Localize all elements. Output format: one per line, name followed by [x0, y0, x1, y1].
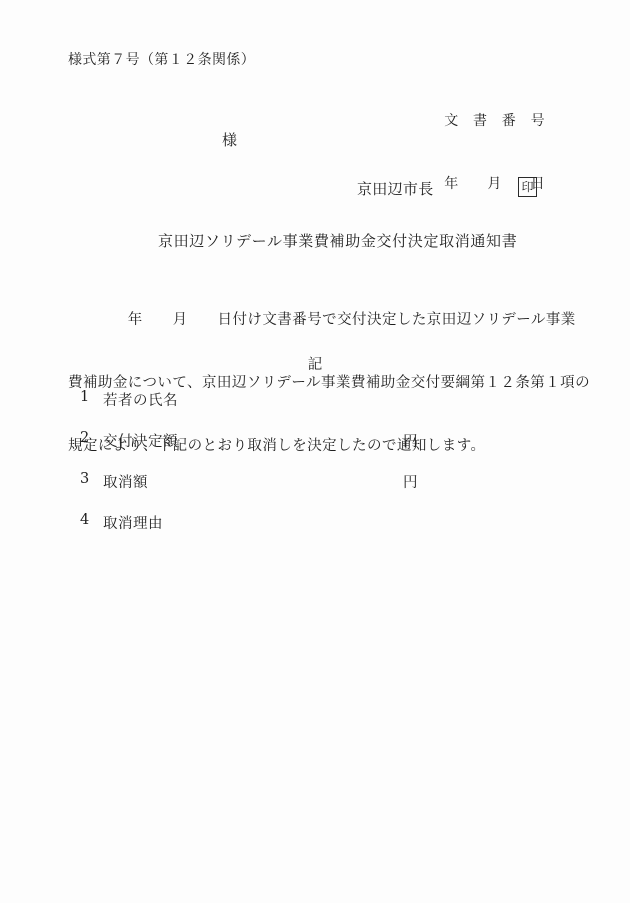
document-number-placeholder: 文 書 番 号 [444, 111, 545, 132]
list-item: 3 取消額 円 [0, 471, 630, 491]
list-item: 2 交付決定額 円 [0, 430, 630, 450]
item-unit: 円 [403, 471, 418, 492]
body-line-1: 年 月 日付け文書番号で交付決定した京田辺ソリデール事業 [68, 310, 568, 331]
official-seal-mark: 印 [518, 177, 537, 197]
sender-name: 京田辺市長 [357, 178, 434, 199]
document-header-block: 文 書 番 号 年 月 日 [444, 69, 545, 237]
addressee-honorific: 様 [222, 129, 237, 150]
item-label: 取消額 [103, 471, 148, 492]
item-number: 2 [80, 430, 89, 446]
item-label: 交付決定額 [103, 430, 178, 451]
item-number: 4 [80, 512, 89, 528]
item-number: 3 [80, 471, 89, 487]
notice-document-page: 様式第７号（第１２条関係） 文 書 番 号 年 月 日 様 京田辺市長 印 京田… [0, 0, 630, 903]
form-number-label: 様式第７号（第１２条関係） [68, 49, 255, 69]
note-marker: 記 [68, 353, 562, 374]
item-label: 若者の氏名 [103, 389, 178, 410]
list-item: 1 若者の氏名 [0, 389, 630, 409]
item-label: 取消理由 [103, 512, 163, 533]
body-paragraph: 年 月 日付け文書番号で交付決定した京田辺ソリデール事業 費補助金について、京田… [68, 268, 568, 499]
document-title: 京田辺ソリデール事業費補助金交付決定取消通知書 [158, 230, 517, 251]
item-unit: 円 [403, 430, 418, 451]
item-number: 1 [80, 389, 89, 405]
list-item: 4 取消理由 [0, 512, 630, 532]
